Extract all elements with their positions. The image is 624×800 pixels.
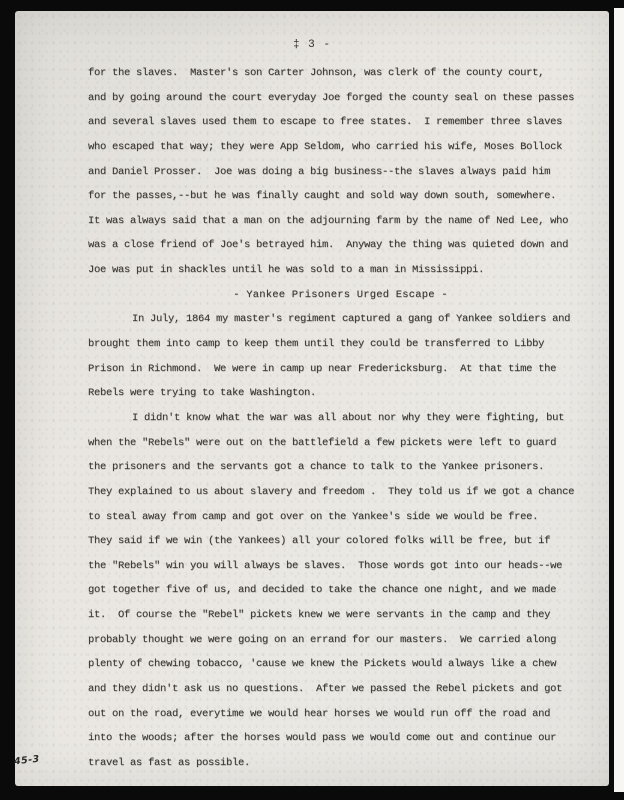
text-line: They said if we win (the Yankees) all yo… bbox=[88, 529, 593, 554]
text-line: In July, 1864 my master's regiment captu… bbox=[88, 307, 593, 332]
paragraph: I didn't know what the war was all about… bbox=[88, 406, 593, 776]
text-line: brought them into camp to keep them unti… bbox=[88, 332, 593, 357]
text-line: for the slaves. Master's son Carter John… bbox=[88, 61, 593, 86]
paragraph: for the slaves. Master's son Carter John… bbox=[88, 61, 593, 283]
text-line: who escaped that way; they were App Seld… bbox=[88, 135, 593, 160]
text-line: and several slaves used them to escape t… bbox=[88, 110, 593, 135]
text-line: and they didn't ask us no questions. Aft… bbox=[88, 677, 593, 702]
text-line: out on the road, everytime we would hear… bbox=[88, 702, 593, 727]
text-line: probably thought we were going on an err… bbox=[88, 628, 593, 653]
scan-background: ‡ 3 - for the slaves. Master's son Carte… bbox=[0, 0, 624, 800]
text-line: it. Of course the "Rebel" pickets knew w… bbox=[88, 603, 593, 628]
text-line: Prison in Richmond. We were in camp up n… bbox=[88, 357, 593, 382]
photo-border-strip bbox=[614, 8, 624, 792]
text-line: got together five of us, and decided to … bbox=[88, 578, 593, 603]
text-line: It was always said that a man on the adj… bbox=[88, 209, 593, 234]
text-line: for the passes,--but he was finally caug… bbox=[88, 184, 593, 209]
scanned-page: ‡ 3 - for the slaves. Master's son Carte… bbox=[15, 11, 609, 786]
text-line: They explained to us about slavery and f… bbox=[88, 480, 593, 505]
page-number: ‡ 3 - bbox=[15, 39, 609, 51]
text-line: the prisoners and the servants got a cha… bbox=[88, 455, 593, 480]
text-line: plenty of chewing tobacco, 'cause we kne… bbox=[88, 652, 593, 677]
paragraph: In July, 1864 my master's regiment captu… bbox=[88, 307, 593, 406]
text-line: when the "Rebels" were out on the battle… bbox=[88, 431, 593, 456]
text-line: to steal away from camp and got over on … bbox=[88, 505, 593, 530]
text-line: the "Rebels" win you will always be slav… bbox=[88, 554, 593, 579]
text-line: I didn't know what the war was all about… bbox=[88, 406, 593, 431]
text-line: into the woods; after the horses would p… bbox=[88, 726, 593, 751]
text-line: - Yankee Prisoners Urged Escape - bbox=[88, 283, 593, 308]
text-line: Rebels were trying to take Washington. bbox=[88, 381, 593, 406]
typewritten-text: for the slaves. Master's son Carter John… bbox=[88, 61, 593, 776]
text-line: Joe was put in shackles until he was sol… bbox=[88, 258, 593, 283]
section-heading: - Yankee Prisoners Urged Escape - bbox=[88, 283, 593, 308]
text-line: and by going around the court everyday J… bbox=[88, 86, 593, 111]
text-line: was a close friend of Joe's betrayed him… bbox=[88, 233, 593, 258]
text-line: travel as fast as possible. bbox=[88, 751, 593, 776]
text-line: and Daniel Prosser. Joe was doing a big … bbox=[88, 160, 593, 185]
